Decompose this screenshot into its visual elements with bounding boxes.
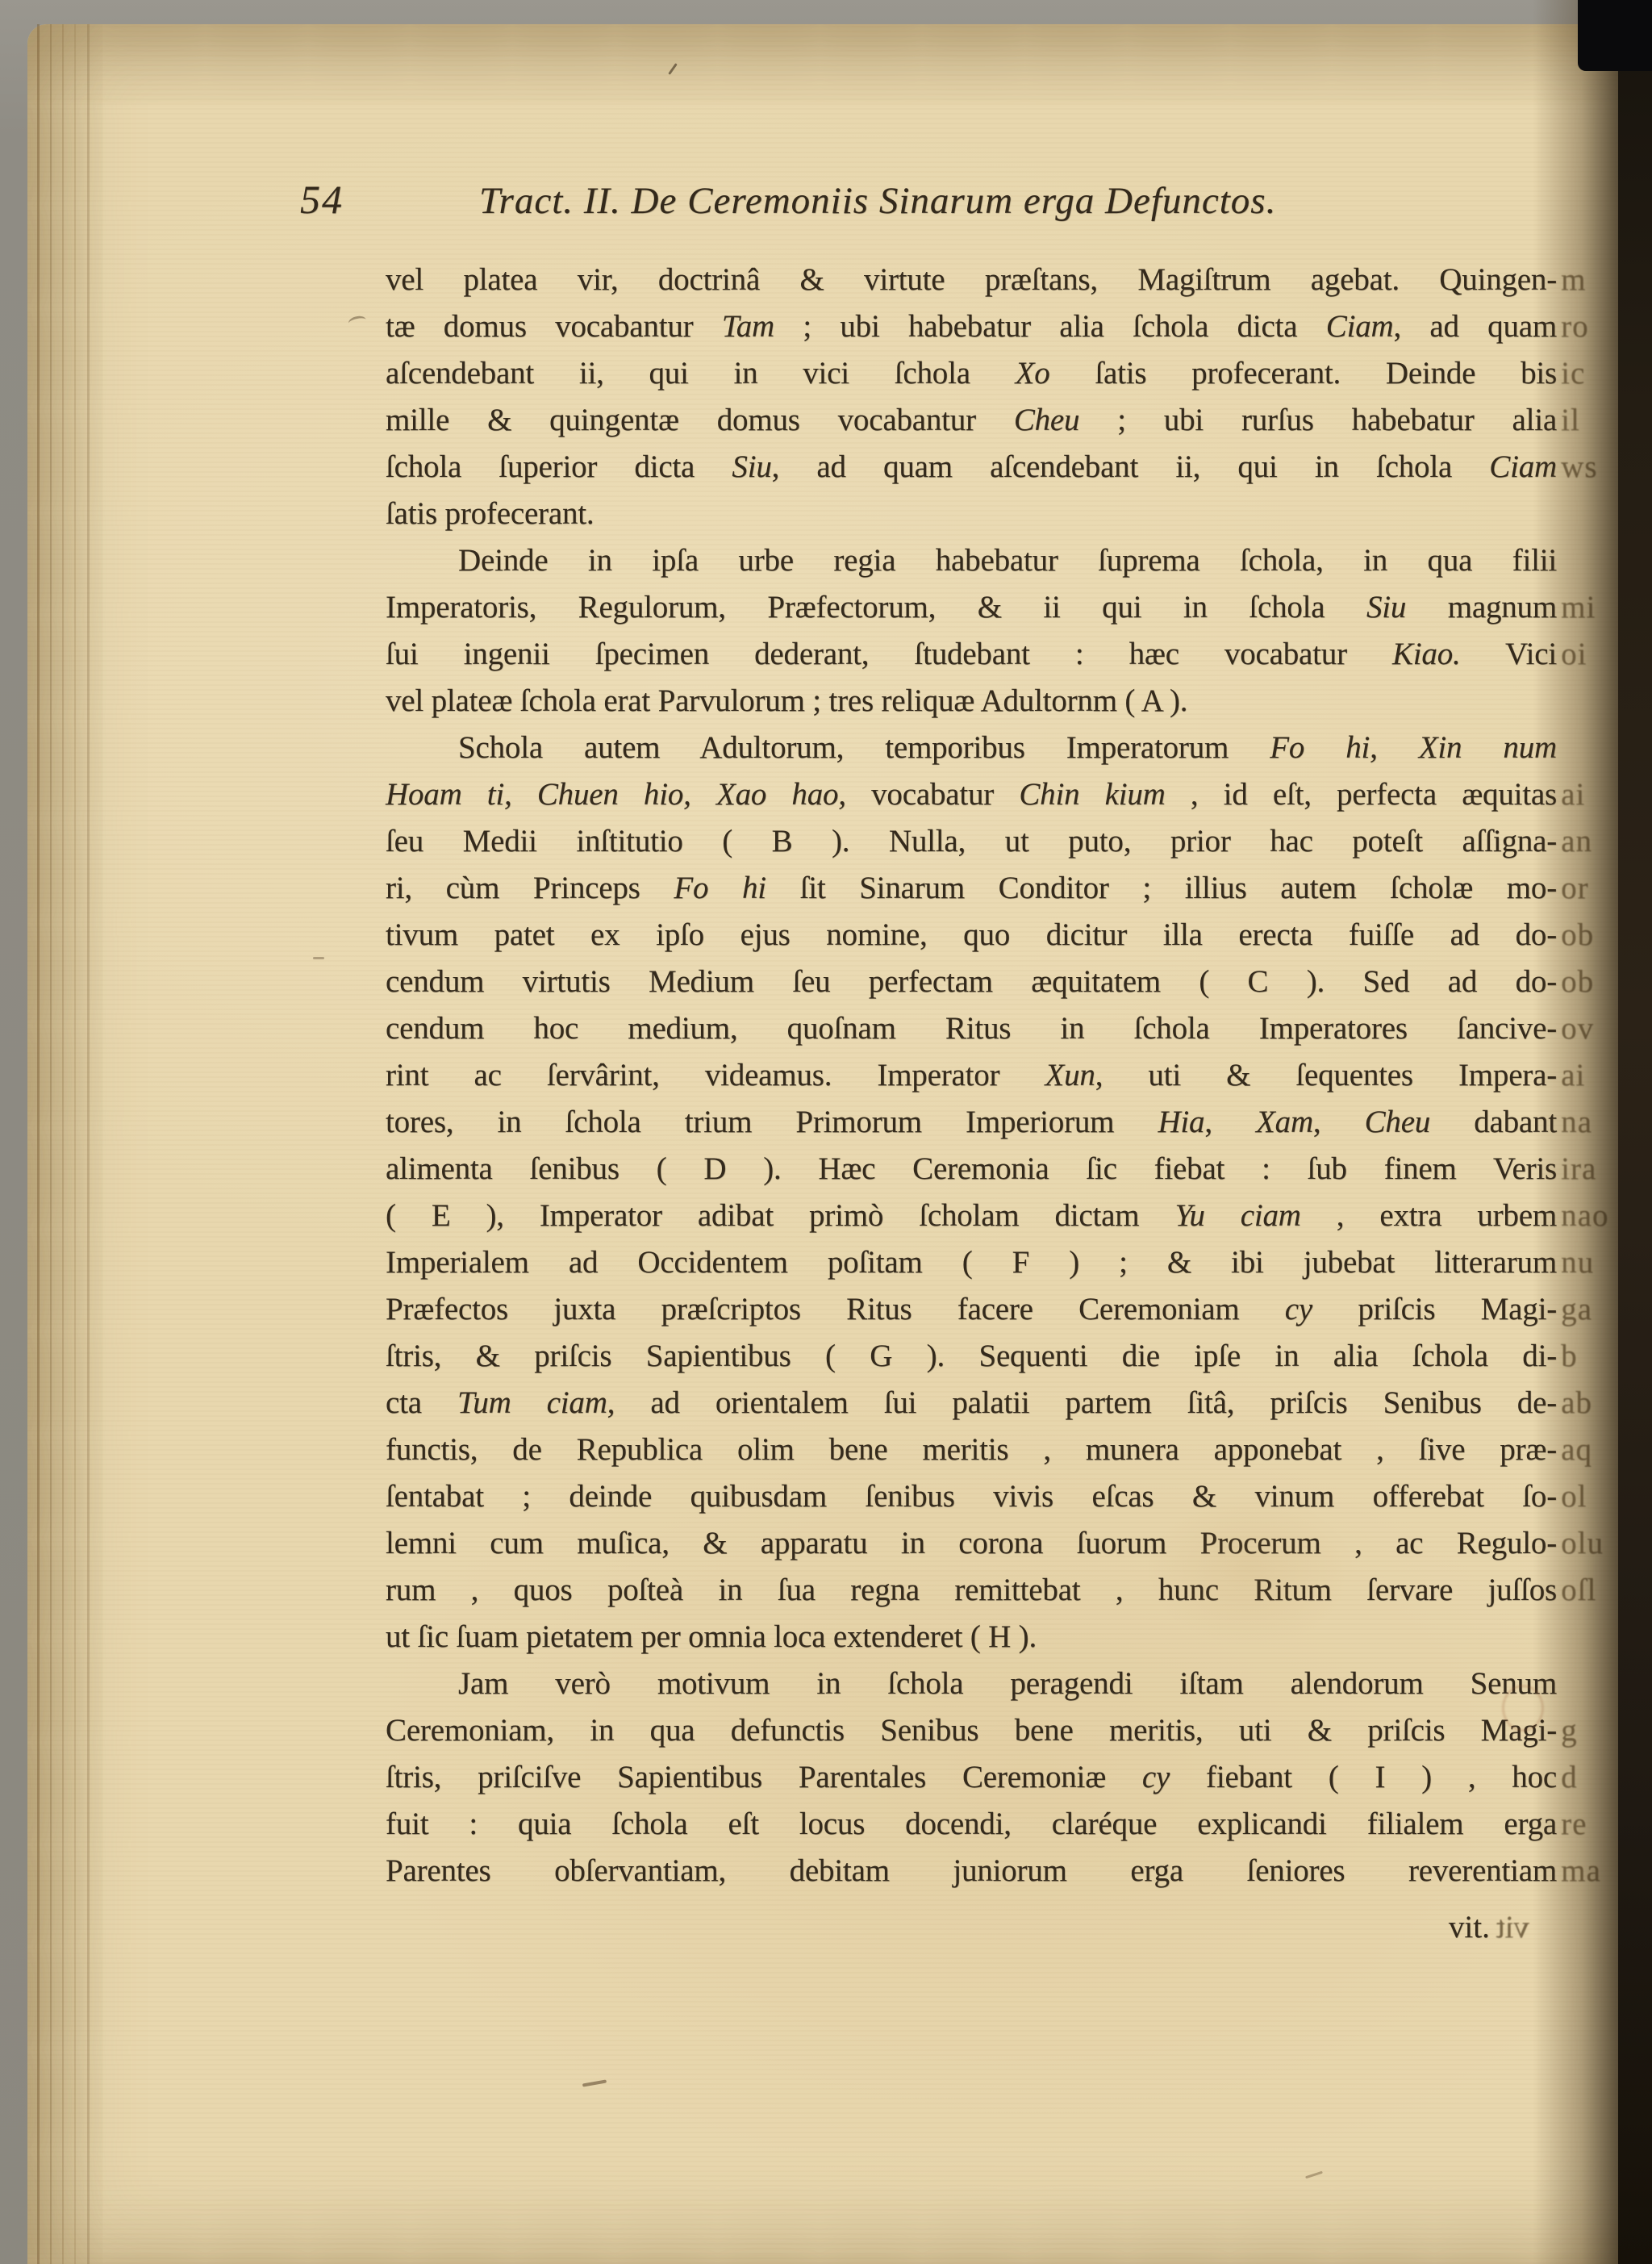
text-segment: rint ac ſervârint, videamus. Imperator	[386, 1058, 1045, 1092]
text-line: cendum virtutis Medium ſeu perfectam æqu…	[386, 959, 1557, 1005]
text-line: mille & quingentæ domus vocabantur Cheu …	[386, 397, 1557, 444]
text-segment: ; ubi habebatur alia ſchola dicta	[774, 309, 1326, 344]
italic-term: Chin kium	[1019, 777, 1165, 812]
book-scan-root: 54 Tract. II. De Ceremoniis Sinarum erga…	[0, 0, 1652, 2264]
text-segment: , uti & ſequentes Impera-	[1095, 1058, 1557, 1092]
text-line: ut ſic ſuam pietatem per omnia loca exte…	[386, 1614, 1557, 1660]
text-segment: cta	[386, 1385, 457, 1420]
italic-term: Siu	[1366, 590, 1406, 624]
text-segment: Schola autem Adultorum, temporibus Imper…	[458, 730, 1270, 765]
text-line: rint ac ſervârint, videamus. Imperator X…	[386, 1052, 1557, 1099]
italic-term: cy	[1142, 1760, 1170, 1794]
text-segment: functis, de Republica olim bene meritis …	[386, 1432, 1557, 1467]
text-segment: , ad quam aſcendebant ii, qui in ſchola	[772, 449, 1490, 484]
text-segment: ſchola ſuperior dicta	[386, 449, 732, 484]
italic-term: Hia	[1158, 1105, 1204, 1139]
text-line: tores, in ſchola trium Primorum Imperior…	[386, 1099, 1557, 1146]
italic-term: Xam	[1256, 1105, 1313, 1139]
text-segment: ; ubi rurſus habebatur alia	[1079, 403, 1557, 437]
text-line: Hoam ti, Chuen hio, Xao hao, vocabatur C…	[386, 771, 1557, 818]
gutter-black-corner	[1578, 0, 1652, 71]
body-text: vel platea vir, doctrinâ & virtute præſt…	[386, 257, 1557, 1951]
italic-term: Fo hi	[674, 871, 766, 905]
text-line: ſentabat ; deinde quibusdam ſenibus vivi…	[386, 1473, 1557, 1520]
text-segment: ,	[1313, 1105, 1365, 1139]
text-segment: vocabatur	[846, 777, 1019, 812]
text-segment: Præfectos juxta præſcriptos Ritus facere…	[386, 1292, 1285, 1326]
text-segment: cendum virtutis Medium ſeu perfectam æqu…	[386, 964, 1557, 999]
text-segment: , id eſt, perfecta æquitas	[1166, 777, 1557, 812]
text-line: ri, cùm Princeps Fo hi ſit Sinarum Condi…	[386, 865, 1557, 912]
text-segment: ſit Sinarum Conditor ; illius autem ſcho…	[766, 871, 1557, 905]
text-line: rum , quos poſteà in ſua regna remitteba…	[386, 1567, 1557, 1614]
italic-term: Fo hi, Xin num	[1270, 730, 1557, 765]
text-segment: ut ſic ſuam pietatem per omnia loca exte…	[386, 1619, 1037, 1654]
text-segment: ( E ), Imperator adibat primò ſcholam di…	[386, 1198, 1174, 1233]
text-segment: priſcis Magi-	[1312, 1292, 1557, 1326]
text-line: Imperialem ad Occidentem poſitam ( F ) ;…	[386, 1239, 1557, 1286]
page-edge-line	[37, 24, 40, 2264]
italic-term: Tam	[722, 309, 774, 344]
text-segment: Imperialem ad Occidentem poſitam ( F ) ;…	[386, 1245, 1557, 1280]
text-line: Deinde in ipſa urbe regia habebatur ſupr…	[386, 537, 1557, 584]
text-segment: tivum patet ex ipſo ejus nomine, quo dic…	[386, 917, 1557, 952]
catchword-line: vit.vit	[386, 1904, 1557, 1951]
text-segment: vel platea vir, doctrinâ & virtute præſt…	[386, 262, 1557, 297]
page-edge-line	[50, 24, 52, 2264]
catchword-bleed-ghost: vit	[1496, 1904, 1529, 1951]
text-line: cta Tum ciam, ad orientalem ſui palatii …	[386, 1380, 1557, 1426]
text-line: tivum patet ex ipſo ejus nomine, quo dic…	[386, 912, 1557, 959]
text-segment: tores, in ſchola trium Primorum Imperior…	[386, 1105, 1158, 1139]
text-line: Jam verò motivum in ſchola peragendi iſt…	[386, 1660, 1557, 1707]
text-segment: fuit : quia ſchola eſt locus docendi, cl…	[386, 1807, 1557, 1841]
italic-term: Ciam	[1326, 309, 1394, 344]
text-segment: Parentes obſervantiam, debitam juniorum …	[386, 1853, 1557, 1888]
text-segment: mille & quingentæ domus vocabantur	[386, 403, 1014, 437]
text-segment: fiebant ( I ) , hoc	[1170, 1760, 1557, 1794]
text-line: Schola autem Adultorum, temporibus Imper…	[386, 725, 1557, 771]
text-segment: Imperatoris, Regulorum, Præfectorum, & i…	[386, 590, 1366, 624]
text-line: fuit : quia ſchola eſt locus docendi, cl…	[386, 1801, 1557, 1848]
text-segment: ,	[1204, 1105, 1256, 1139]
text-segment: aſcendebant ii, qui in vici ſchola	[386, 356, 1016, 391]
text-segment: ri, cùm Princeps	[386, 871, 674, 905]
text-line: Imperatoris, Regulorum, Præfectorum, & i…	[386, 584, 1557, 631]
text-line: ſtris, & priſcis Sapientibus ( G ). Sequ…	[386, 1333, 1557, 1380]
text-line: ſtris, priſciſve Sapientibus Parentales …	[386, 1754, 1557, 1801]
running-header: 54 Tract. II. De Ceremoniis Sinarum erga…	[300, 176, 1546, 228]
text-line: ſeu Medii inſtitutio ( B ). Nulla, ut pu…	[386, 818, 1557, 865]
text-line: Parentes obſervantiam, debitam juniorum …	[386, 1848, 1557, 1894]
text-segment: ſeu Medii inſtitutio ( B ). Nulla, ut pu…	[386, 824, 1557, 858]
text-segment: ſtris, & priſcis Sapientibus ( G ). Sequ…	[386, 1339, 1557, 1373]
text-line: ſatis profecerant.	[386, 491, 1557, 537]
text-segment: rum , quos poſteà in ſua regna remitteba…	[386, 1573, 1557, 1607]
italic-term: Kiao.	[1392, 637, 1461, 671]
text-line: Ceremoniam, in qua defunctis Senibus ben…	[386, 1707, 1557, 1754]
text-segment: alimenta ſenibus ( D ). Hæc Ceremonia ſi…	[386, 1151, 1557, 1186]
italic-term: cy	[1285, 1292, 1312, 1326]
text-segment: ſentabat ; deinde quibusdam ſenibus vivi…	[386, 1479, 1557, 1514]
text-line: ſui ingenii ſpecimen dederant, ſtudebant…	[386, 631, 1557, 678]
text-line: ( E ), Imperator adibat primò ſcholam di…	[386, 1193, 1557, 1239]
text-segment: tæ domus vocabantur	[386, 309, 722, 344]
text-line: aſcendebant ii, qui in vici ſchola Xo ſa…	[386, 350, 1557, 397]
italic-term: Cheu	[1014, 403, 1080, 437]
text-segment: Ceremoniam, in qua defunctis Senibus ben…	[386, 1713, 1557, 1748]
page-edge-line	[74, 24, 76, 2264]
text-line: tæ domus vocabantur Tam ; ubi habebatur …	[386, 303, 1557, 350]
text-line: functis, de Republica olim bene meritis …	[386, 1426, 1557, 1473]
text-line: Præfectos juxta præſcriptos Ritus facere…	[386, 1286, 1557, 1333]
text-segment: ſtris, priſciſve Sapientibus Parentales …	[386, 1760, 1142, 1794]
italic-term: Cheu	[1365, 1105, 1431, 1139]
header-title: Tract. II. De Ceremoniis Sinarum erga De…	[479, 179, 1276, 223]
text-segment: Jam verò motivum in ſchola peragendi iſt…	[458, 1666, 1557, 1701]
text-line: vel platea vir, doctrinâ & virtute præſt…	[386, 257, 1557, 303]
text-segment: cendum hoc medium, quoſnam Ritus in ſcho…	[386, 1011, 1557, 1046]
text-segment: ad orientalem ſui palatii partem ſitâ, p…	[615, 1385, 1557, 1420]
gutter-shadow	[1533, 0, 1621, 2264]
text-segment: vel plateæ ſchola erat Parvulorum ; tres…	[386, 683, 1187, 718]
text-line: ſchola ſuperior dicta Siu, ad quam aſcen…	[386, 444, 1557, 491]
text-line: cendum hoc medium, quoſnam Ritus in ſcho…	[386, 1005, 1557, 1052]
text-segment: lemni cum muſica, & apparatu in corona ſ…	[386, 1526, 1557, 1560]
gutter-dark-band	[1618, 0, 1652, 2264]
text-line: lemni cum muſica, & apparatu in corona ſ…	[386, 1520, 1557, 1567]
text-line: vel plateæ ſchola erat Parvulorum ; tres…	[386, 678, 1557, 725]
text-segment: ſui ingenii ſpecimen dederant, ſtudebant…	[386, 637, 1392, 671]
italic-term: Xun	[1045, 1058, 1095, 1092]
italic-term: Yu ciam	[1174, 1198, 1300, 1233]
text-line: alimenta ſenibus ( D ). Hæc Ceremonia ſi…	[386, 1146, 1557, 1193]
italic-term: Xo	[1016, 356, 1050, 391]
page-number: 54	[300, 176, 344, 223]
text-segment: ſatis profecerant. Deinde bis	[1050, 356, 1557, 391]
text-segment: , extra urbem	[1301, 1198, 1557, 1233]
italic-term: Hoam ti, Chuen hio, Xao hao,	[386, 777, 846, 812]
italic-term: Siu	[732, 449, 771, 484]
italic-term: Tum ciam,	[457, 1385, 615, 1420]
catchword: vit.	[1449, 1910, 1490, 1944]
page-edge-line	[62, 24, 64, 2264]
text-segment: ſatis profecerant.	[386, 496, 594, 531]
page-edge-line	[87, 24, 90, 2264]
text-segment: Deinde in ipſa urbe regia habebatur ſupr…	[458, 543, 1557, 578]
